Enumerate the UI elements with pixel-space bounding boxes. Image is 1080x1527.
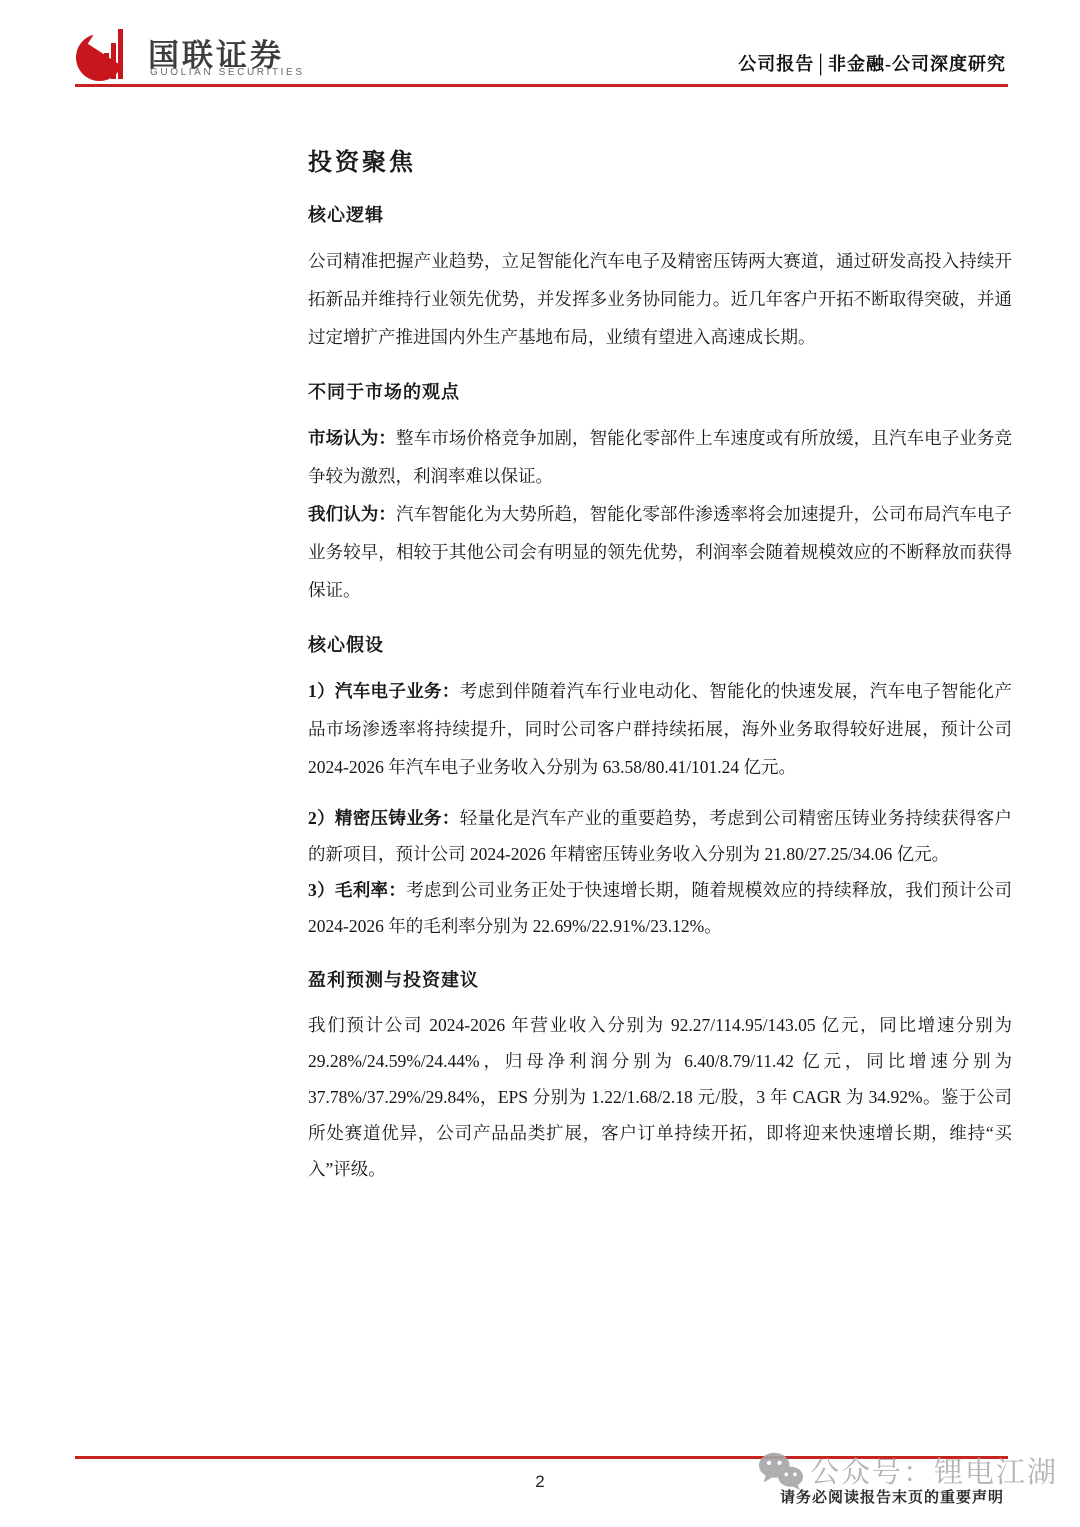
- watermark: 公众号：锂电江湖: [758, 1450, 1080, 1491]
- section-heading-core-logic: 核心逻辑: [308, 201, 1012, 227]
- logo-bar: [104, 53, 109, 79]
- paragraph: 公司精准把握产业趋势，立足智能化汽车电子及精密压铸两大赛道，通过研发高投入持续开…: [308, 242, 1012, 356]
- report-type-label: 公司报告│非金融-公司深度研究: [738, 50, 1006, 76]
- paragraph-text: 汽车智能化为大势所趋，智能化零部件渗透率将会加速提升，公司布局汽车电子业务较早，…: [308, 504, 1012, 600]
- logo-bar: [111, 43, 116, 79]
- section-heading-forecast: 盈利预测与投资建议: [308, 966, 1012, 992]
- section-heading-assumptions: 核心假设: [308, 631, 1012, 657]
- document-body: 投资聚焦 核心逻辑 公司精准把握产业趋势，立足智能化汽车电子及精密压铸两大赛道，…: [308, 142, 1012, 1187]
- report-page: 国联证券 GUOLIAN SECURITIES 公司报告│非金融-公司深度研究 …: [0, 0, 1080, 1527]
- logo-bar: [118, 29, 123, 79]
- guolian-logo-icon: [76, 22, 136, 84]
- paragraph-text: 我们预计公司 2024-2026 年营业收入分别为 92.27/114.95/1…: [308, 1015, 1012, 1179]
- page-title: 投资聚焦: [308, 142, 1012, 177]
- paragraph-text: 公司精准把握产业趋势，立足智能化汽车电子及精密压铸两大赛道，通过研发高投入持续开…: [308, 251, 1012, 347]
- paragraph-lead: 3）毛利率：: [308, 880, 406, 900]
- section-heading-market-view: 不同于市场的观点: [308, 378, 1012, 404]
- footer-disclaimer: 请务必阅读报告末页的重要声明: [780, 1486, 1004, 1507]
- paragraph-text: 考虑到公司业务正处于快速增长期，随着规模效应的持续释放，我们预计公司 2024-…: [308, 880, 1012, 936]
- paragraph: 我们认为：汽车智能化为大势所趋，智能化零部件渗透率将会加速提升，公司布局汽车电子…: [308, 495, 1012, 609]
- paragraph: 1）汽车电子业务：考虑到伴随着汽车行业电动化、智能化的快速发展，汽车电子智能化产…: [308, 672, 1012, 786]
- header-divider: [75, 84, 1008, 87]
- paragraph: 3）毛利率：考虑到公司业务正处于快速增长期，随着规模效应的持续释放，我们预计公司…: [308, 872, 1012, 944]
- paragraph: 我们预计公司 2024-2026 年营业收入分别为 92.27/114.95/1…: [308, 1007, 1012, 1187]
- logo-company-name-en: GUOLIAN SECURITIES: [150, 67, 305, 78]
- paragraph: 市场认为：整车市场价格竞争加剧，智能化零部件上车速度或有所放缓，且汽车电子业务竞…: [308, 419, 1012, 495]
- watermark-text: 公众号：锂电江湖: [810, 1450, 1058, 1491]
- paragraph-lead: 我们认为：: [308, 504, 396, 524]
- paragraph-text: 整车市场价格竞争加剧，智能化零部件上车速度或有所放缓，且汽车电子业务竞争较为激烈…: [308, 428, 1012, 486]
- paragraph-lead: 1）汽车电子业务：: [308, 681, 460, 701]
- paragraph: 2）精密压铸业务：轻量化是汽车产业的重要趋势，考虑到公司精密压铸业务持续获得客户…: [308, 800, 1012, 872]
- logo-bar: [97, 62, 102, 79]
- paragraph-lead: 市场认为：: [308, 428, 396, 448]
- paragraph-lead: 2）精密压铸业务：: [308, 808, 460, 828]
- wechat-icon: [758, 1451, 804, 1491]
